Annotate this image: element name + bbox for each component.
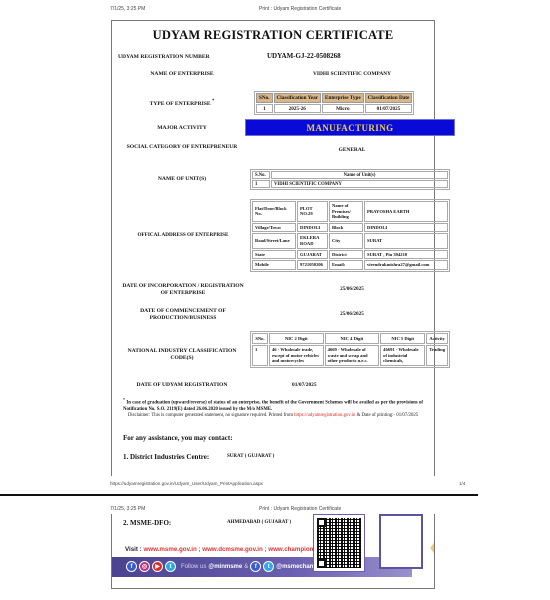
addr-value: SURAT [364, 233, 448, 248]
col-sno: SNo. [252, 333, 268, 344]
follow-us-row: f ◎ ▶ t Follow us @minmsme & f t @msmech… [126, 561, 331, 572]
nic-header-row: SNo. NIC 2 Digit NIC 4 Digit NIC 5 Digit… [252, 333, 448, 344]
disclaimer: Disclaimer: This is computer generated s… [123, 413, 423, 419]
assistance-heading: For any assistance, you may contact: [123, 434, 233, 442]
dic-label: 1. District Industries Centre: [123, 453, 209, 461]
addr-key: Road/Street/Lane [252, 233, 296, 248]
address-label: OFFICAL ADDRESS OF ENTERPRISE [118, 232, 248, 239]
addr-value: DINDOLI [364, 223, 448, 233]
addr-key: Mobile [252, 260, 296, 270]
col-unit-name: Name of Unit(s) [271, 171, 448, 179]
enterprise-name-label: NAME OF ENTERPRISE [122, 71, 242, 78]
addr-key: Flat/Door/Block No. [252, 201, 296, 222]
dfo-label: 2. MSME-DFO: [123, 519, 171, 527]
addr-value: virendrakmishra27@gmail.com [364, 260, 448, 270]
registration-number: UDYAM-GJ-22-0508268 [267, 52, 417, 60]
col-sno: SNo. [256, 93, 273, 103]
follow-and: & [244, 564, 248, 570]
col-classification-year: Classification Year [274, 93, 321, 103]
cell-nic4: 4669 - Wholesale of waste and scrap and … [325, 345, 380, 366]
table-row: 1 46 - Wholesale trade, except of motor … [252, 345, 448, 366]
facebook-icon[interactable]: f [126, 561, 137, 572]
major-activity-label: MAJOR ACTIVITY [122, 125, 242, 132]
udyam-date-label: DATE OF UDYAM REGISTRATION [122, 382, 242, 389]
col-nic2: NIC 2 Digit [269, 333, 324, 344]
units-header-row: S.No. Name of Unit(s) [252, 171, 448, 179]
disclaimer-link[interactable]: https://udyamregistration.gov.in [294, 413, 355, 418]
classification-table: SNo. Classification Year Enterprise Type… [254, 91, 414, 115]
cell-year: 2025-26 [274, 104, 321, 113]
col-sno: S.No. [252, 171, 270, 179]
cell-activity: Trading [426, 345, 448, 366]
units-table: S.No. Name of Unit(s) 1 VIDHI SCIENTIFIC… [250, 169, 450, 190]
table-row: State GUJARAT District SURAT , Pin 39421… [252, 250, 448, 260]
addr-key: District [329, 250, 363, 260]
table-row: 1 2025-26 Micro 01/07/2025 [256, 104, 412, 113]
table-row: 1 VIDHI SCIENTIFIC COMPANY [252, 180, 448, 188]
col-enterprise-type: Enterprise Type [322, 93, 364, 103]
registration-number-label: UDYAM REGISTRATION NUMBER [118, 54, 228, 61]
addr-value: GUJARAT [297, 250, 328, 260]
graduation-note: * In case of graduation (upward/reverse)… [123, 397, 423, 413]
table-row: Village/Town DINDOLI Block DINDOLI [252, 223, 448, 233]
incorporation-date-label: DATE OF INCORPORATION / REGISTRATION OF … [118, 283, 248, 297]
col-classification-date: Classification Date [365, 93, 413, 103]
cell-nic5: 46691 - Wholesale of industrial chemical… [380, 345, 425, 366]
addr-key: City [329, 233, 363, 248]
print-timestamp-2: 7/1/25, 3:25 PM [110, 506, 145, 512]
youtube-icon[interactable]: ▶ [152, 561, 163, 572]
twitter-icon[interactable]: t [165, 561, 176, 572]
addr-key: State [252, 250, 296, 260]
twitter-icon[interactable]: t [263, 561, 274, 572]
cell-unit-name: VIDHI SCIENTIFIC COMPANY [271, 180, 448, 188]
major-activity-banner: MANUFACTURING [245, 119, 455, 136]
social-category-label: SOCIAL CATEGORY OF ENTREPRENEUR [122, 144, 242, 151]
print-page-title-2: Print : Udyam Registration Certificate [259, 506, 341, 512]
enterprise-name: VIDHI SCIENTIFIC COMPANY [252, 71, 452, 77]
print-page-title: Print : Udyam Registration Certificate [259, 6, 341, 12]
photo-placeholder [379, 514, 423, 569]
enterprise-type-label: TYPE OF ENTERPRISE * [122, 98, 242, 108]
print-url: https://udyamregistration.gov.in/Udyam_U… [110, 481, 263, 486]
addr-key: Village/Town [252, 223, 296, 233]
addr-value: DINDOLI [297, 223, 328, 233]
classification-header-row: SNo. Classification Year Enterprise Type… [256, 93, 412, 103]
table-row: Mobile 9721050206 Email: virendrakmishra… [252, 260, 448, 270]
page-separator [0, 494, 478, 496]
commencement-date: 25/06/2025 [252, 311, 452, 317]
certificate-page-2: 2. MSME-DFO: AHMEDABAD ( GUJARAT ) Visit… [111, 514, 435, 589]
dfo-value: AHMEDABAD ( GUJARAT ) [227, 520, 291, 525]
addr-value: 9721050206 [297, 260, 328, 270]
table-row: Flat/Door/Block No. PLOT NO.29 Name of P… [252, 201, 448, 222]
nic-table: SNo. NIC 2 Digit NIC 4 Digit NIC 5 Digit… [250, 331, 450, 368]
social-category: GENERAL [252, 147, 452, 153]
follow-prefix: Follow us [181, 564, 206, 570]
col-activity: Activity [426, 333, 448, 344]
nic-label: NATIONAL INDUSTRY CLASSIFICATION CODE(S) [122, 348, 242, 362]
addr-value: EKLERA ROAD [297, 233, 328, 248]
addr-value: SURAT , Pin 394210 [364, 250, 448, 260]
address-table: Flat/Door/Block No. PLOT NO.29 Name of P… [250, 199, 450, 272]
addr-value: PRAYOSHA EARTH [364, 201, 448, 222]
cell-date: 01/07/2025 [365, 104, 413, 113]
follow-handle: @minmsme [208, 564, 242, 570]
addr-key: Email: [329, 260, 363, 270]
cell-sno: 1 [252, 180, 270, 188]
visit-links: Visit : www.msme.gov.in ; www.dcmsme.gov… [125, 546, 336, 553]
addr-value: PLOT NO.29 [297, 201, 328, 222]
print-timestamp: 7/1/25, 3:25 PM [110, 6, 145, 12]
udyam-date: 01/07/2025 [292, 382, 392, 388]
cell-nic2: 46 - Wholesale trade, except of motor ve… [269, 345, 324, 366]
facebook-icon[interactable]: f [250, 561, 261, 572]
table-row: Road/Street/Lane EKLERA ROAD City SURAT [252, 233, 448, 248]
addr-key: Block [329, 223, 363, 233]
page-number: 1/4 [459, 481, 465, 486]
qr-code [313, 514, 365, 572]
cell-type: Micro [322, 104, 364, 113]
cell-sno: 1 [256, 104, 273, 113]
incorporation-date: 25/06/2025 [252, 286, 452, 292]
hexagon-decoration-icon [424, 532, 435, 572]
units-label: NAME OF UNIT(S) [122, 176, 242, 183]
certificate-title: UDYAM REGISTRATION CERTIFICATE [112, 28, 434, 43]
commencement-date-label: DATE OF COMMENCEMENT OF PRODUCTION/BUSIN… [118, 308, 248, 322]
dic-value: SURAT ( GUJARAT ) [227, 454, 274, 459]
col-nic4: NIC 4 Digit [325, 333, 380, 344]
addr-key: Name of Premises/ Building [329, 201, 363, 222]
instagram-icon[interactable]: ◎ [139, 561, 150, 572]
cell-sno: 1 [252, 345, 268, 366]
certificate-page-1: UDYAM REGISTRATION CERTIFICATE UDYAM REG… [111, 20, 435, 476]
col-nic5: NIC 5 Digit [380, 333, 425, 344]
qr-code-pattern [317, 518, 361, 568]
